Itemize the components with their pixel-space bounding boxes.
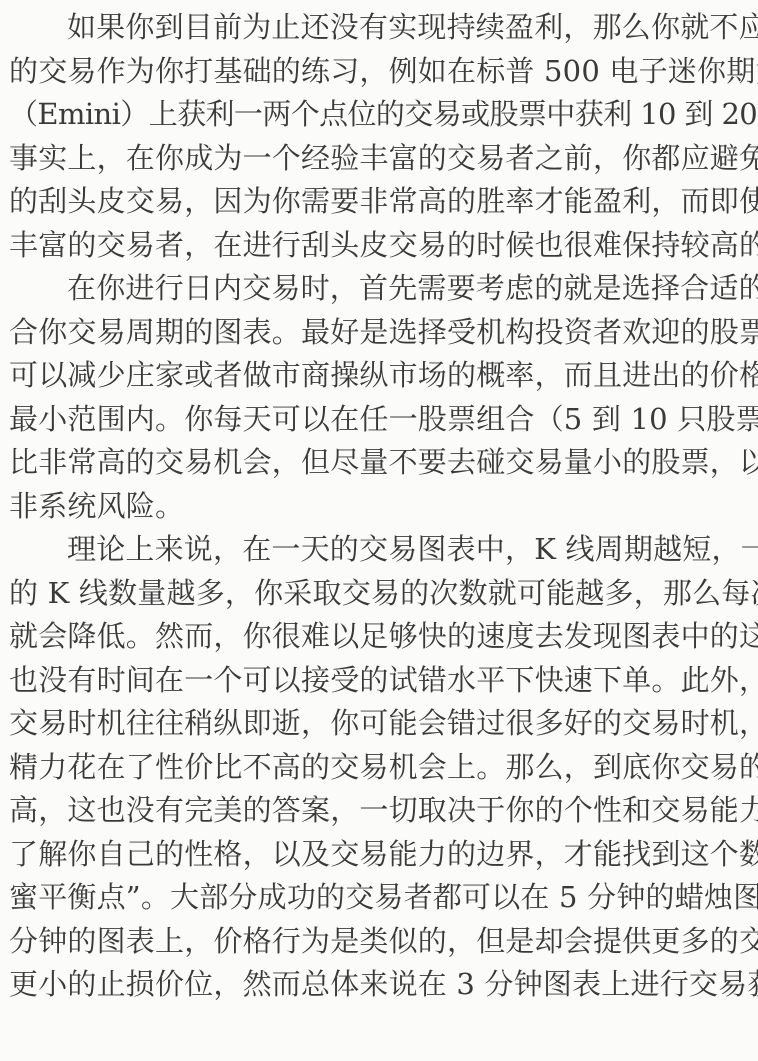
text-line: 精力花在了性价比不高的交易机会上。那么，到底你交易的频率该有多 [9,746,750,790]
text-line: 的交易作为你打基础的练习，例如在标普 500 电子迷你期货合约 [9,50,750,94]
text-line: 丰富的交易者，在进行刮头皮交易的时候也很难保持较高的胜率。 [9,224,750,268]
text-line: 的刮头皮交易，因为你需要非常高的胜率才能盈利，而即使是经验最为 [9,180,750,224]
text-line: 交易时机往往稍纵即逝，你可能会错过很多好的交易时机，而把大量的 [9,702,750,746]
text-line: 比非常高的交易机会，但尽量不要去碰交易量小的股票，以避免额外的 [9,441,750,485]
paragraph-2: 在你进行日内交易时，首先需要考虑的就是选择合适的市场以及适 合你交易周期的图表。… [9,267,750,528]
text-line: 高，这也没有完美的答案，一切取决于你的个性和交易能力。只有足够 [9,789,750,833]
text-line: 事实上，在你成为一个经验丰富的交易者之前，你都应避免这种超短线 [9,137,750,181]
text-line: 如果你到目前为止还没有实现持续盈利，那么你就不应该把超短线 [9,6,750,50]
book-page: 如果你到目前为止还没有实现持续盈利，那么你就不应该把超短线 的交易作为你打基础的… [0,0,758,1061]
text-line: 也没有时间在一个可以接受的试错水平下快速下单。此外，一些最好的 [9,659,750,703]
text-line: 更小的止损价位，然而总体来说在 3 分钟图表上进行交易获得盈利的概 [9,963,750,1007]
paragraph-3: 理论上来说，在一天的交易图表中，K 线周期越短，一个界面出现 的 K 线数量越多… [9,528,750,1007]
text-line: 理论上来说，在一天的交易图表中，K 线周期越短，一个界面出现 [9,528,750,572]
text-line: 的 K 线数量越多，你采取交易的次数就可能越多，那么每次交易的风险 [9,572,750,616]
text-line: 蜜平衡点”。大部分成功的交易者都可以在 5 分钟的蜡烛图上交易。在 3 [9,876,750,920]
text-line: 可以减少庄家或者做市商操纵市场的概率，而且进出的价格滑点控制在 [9,354,750,398]
paragraph-1: 如果你到目前为止还没有实现持续盈利，那么你就不应该把超短线 的交易作为你打基础的… [9,6,750,267]
text-line: 分钟的图表上，价格行为是类似的，但是却会提供更多的交易机会以及 [9,920,750,964]
text-line: （Emini）上获利一两个点位的交易或股票中获利 10 到 20 美分的交易等。 [9,93,750,137]
text-line: 最小范围内。你每天可以在任一股票组合（5 到 10 只股票）中找到性价 [9,398,750,442]
text-line: 就会降低。然而，你很难以足够快的速度去发现图表中的这些交易机会， [9,615,750,659]
text-line: 合你交易周期的图表。最好是选择受机构投资者欢迎的股票，因为这样 [9,311,750,355]
text-line: 在你进行日内交易时，首先需要考虑的就是选择合适的市场以及适 [9,267,750,311]
text-line: 非系统风险。 [9,485,750,529]
text-line: 了解你自己的性格，以及交易能力的边界，才能找到这个数学上的“甜 [9,833,750,877]
